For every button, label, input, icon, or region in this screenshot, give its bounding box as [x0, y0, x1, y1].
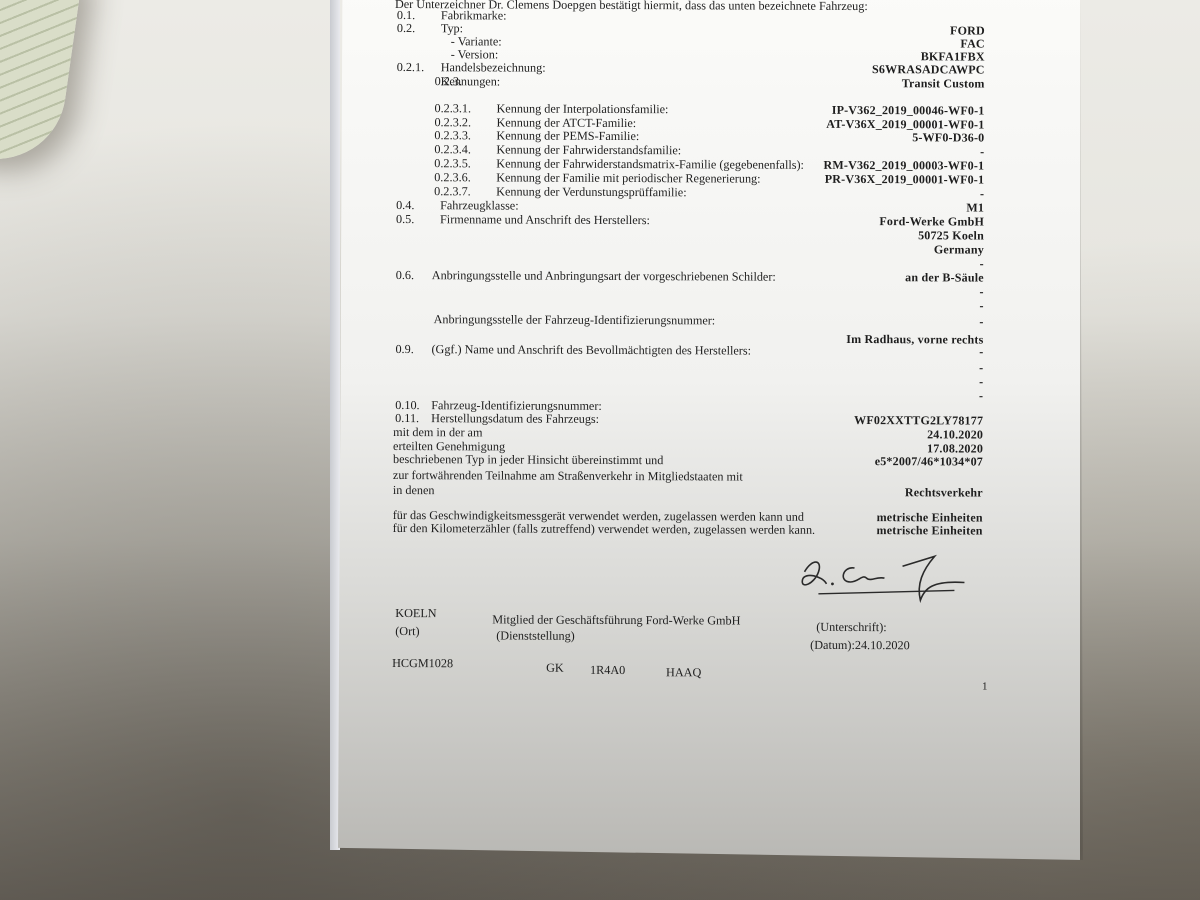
code-2: GK — [546, 661, 564, 676]
row-label: Anbringungsstelle und Anbringungsart der… — [432, 268, 776, 284]
row-number: 0.2.3.7. — [434, 184, 471, 198]
row-number: 0.2.3.5. — [434, 156, 471, 170]
row-value: an der B-Säule — [905, 270, 984, 284]
row-label: Kennung der Verdunstungsprüffamilie: — [496, 184, 687, 199]
place: KOELN — [395, 606, 436, 621]
document-row: - Variante:FAC — [395, 34, 985, 37]
row-value: - — [979, 345, 983, 359]
row-label: in denen — [393, 483, 435, 497]
document-row: für das Geschwindigkeitsmessgerät verwen… — [393, 508, 983, 511]
document-row: - — [394, 296, 984, 299]
document-row: 0.2.3.4.Kennung der Fahrwiderstandsfamil… — [394, 142, 984, 145]
row-number: 0.4. — [396, 198, 414, 212]
document-row: - — [394, 254, 984, 257]
row-value: - — [979, 375, 983, 389]
row-value: Ford-Werke GmbH — [879, 214, 984, 228]
code-1: HCGM1028 — [392, 656, 453, 671]
row-label: Handelsbezeichnung: — [441, 60, 546, 74]
signature-caption: (Unterschrift): — [816, 620, 886, 635]
document-row: in denenRechtsverkehr — [393, 483, 983, 486]
row-value: Germany — [934, 242, 984, 256]
row-value: AT-V36X_2019_00001-WF0-1 — [826, 117, 984, 132]
row-label: für den Kilometerzähler (falls zutreffen… — [393, 521, 815, 537]
document-row: erteilten Genehmigung17.08.2020 — [393, 439, 983, 442]
code-4: HAAQ — [666, 665, 701, 680]
document-row: 0.6.Anbringungsstelle und Anbringungsart… — [394, 268, 984, 271]
row-number: 0.2.3.4. — [434, 142, 471, 156]
document-row: zur fortwährenden Teilnahme am Straßenve… — [393, 468, 983, 471]
row-value: 24.10.2020 — [927, 427, 983, 441]
row-value: - — [979, 299, 983, 313]
row-number: 0.10. — [395, 398, 419, 412]
row-value: Rechtsverkehr — [905, 485, 983, 499]
document-row: - — [393, 358, 983, 361]
document-row: - — [393, 386, 983, 389]
row-value: - — [979, 361, 983, 375]
document-row: 0.2.1.Handelsbezeichnung:S6WRASADCAWPC — [395, 60, 985, 63]
row-label: mit dem in der am — [393, 425, 482, 439]
document-row: Germany — [394, 240, 984, 243]
row-value: metrische Einheiten — [877, 523, 983, 537]
row-label: Anbringungsstelle der Fahrzeug-Identifiz… — [434, 312, 716, 327]
page-stack-edge — [330, 0, 340, 850]
row-value: - — [980, 187, 984, 201]
row-number: 0.11. — [395, 411, 419, 425]
row-value: WF02XXTTG2LY78177 — [854, 413, 983, 428]
row-label: Herstellungsdatum des Fahrzeugs: — [431, 411, 599, 426]
row-number: 0.5. — [396, 212, 414, 226]
date-line: (Datum):24.10.2020 — [810, 638, 910, 653]
row-value: - — [979, 315, 983, 329]
row-value: IP-V362_2019_00046-WF0-1 — [832, 103, 985, 118]
row-value: - — [980, 145, 984, 159]
row-label: Fahrzeugklasse: — [440, 198, 519, 212]
page-number: 1 — [982, 681, 988, 693]
code-3: 1R4A0 — [590, 663, 625, 678]
row-label: Kennungen: — [441, 74, 501, 88]
row-number: 0.2.3.1. — [434, 101, 471, 115]
row-value: Transit Custom — [902, 76, 985, 90]
row-value: - — [979, 285, 983, 299]
row-number: 0.9. — [395, 342, 413, 356]
row-value: S6WRASADCAWPC — [872, 62, 985, 76]
document-row: 0.4.Fahrzeugklasse:M1 — [394, 198, 984, 201]
row-number: 0.2.3.6. — [434, 170, 471, 184]
row-number: 0.1. — [397, 8, 415, 22]
row-value: 5-WF0-D36-0 — [912, 130, 984, 144]
row-label: Typ: — [441, 21, 463, 35]
row-value: FAC — [960, 36, 984, 50]
row-label: (Ggf.) Name und Anschrift des Bevollmäch… — [431, 342, 751, 357]
document-row: Anbringungsstelle der Fahrzeug-Identifiz… — [394, 312, 984, 315]
row-label: Kennung der PEMS-Familie: — [496, 128, 639, 143]
row-label: Kennung der Fahrwiderstandsmatrix-Famili… — [496, 156, 804, 171]
document-row: 0.10.Fahrzeug-Identifizierungsnummer: — [393, 398, 983, 401]
row-value: - — [980, 257, 984, 271]
document-row: - — [393, 372, 983, 375]
document-row: - Version:BKFA1FBX — [395, 47, 985, 50]
row-value: 50725 Koeln — [918, 228, 984, 242]
signature-icon — [792, 550, 982, 611]
position: Mitglied der Geschäftsführung Ford-Werke… — [492, 612, 740, 628]
document-row: 0.2.3.5.Kennung der Fahrwiderstandsmatri… — [394, 156, 984, 159]
row-number: 0.2. — [397, 21, 415, 35]
row-label: Firmenname und Anschrift des Herstellers… — [440, 212, 650, 227]
row-value: M1 — [966, 200, 984, 214]
row-value: Im Radhaus, vorne rechts — [846, 332, 983, 347]
document-row: 0.2.3.1.Kennung der Interpolationsfamili… — [395, 101, 985, 104]
position-caption: (Dienststellung) — [496, 628, 575, 643]
coc-document: Der Unterzeichner Dr. Clemens Doepgen be… — [392, 0, 985, 703]
row-value: FORD — [950, 23, 985, 37]
row-label: Kennung der Familie mit periodischer Reg… — [496, 170, 760, 185]
document-row: Im Radhaus, vorne rechts — [394, 330, 984, 333]
row-number: 0.6. — [396, 268, 414, 282]
document-row: 0.11.Herstellungsdatum des Fahrzeugs:WF0… — [393, 411, 983, 414]
row-number: 0.2.1. — [397, 60, 424, 74]
row-number: 0.2.3.3. — [434, 128, 471, 142]
row-label: zur fortwährenden Teilnahme am Straßenve… — [393, 468, 743, 484]
row-label: Kennung der Interpolationsfamilie: — [496, 101, 668, 116]
place-caption: (Ort) — [395, 624, 419, 639]
row-value: RM-V362_2019_00003-WF0-1 — [823, 158, 984, 173]
row-value: PR-V36X_2019_00001-WF0-1 — [825, 172, 985, 187]
row-label: Kennung der Fahrwiderstandsfamilie: — [496, 142, 681, 157]
row-label: beschriebenen Typ in jeder Hinsicht über… — [393, 452, 663, 467]
row-value: - — [979, 389, 983, 403]
row-value: e5*2007/46*1034*07 — [875, 454, 983, 468]
document-row: beschriebenen Typ in jeder Hinsicht über… — [393, 452, 983, 455]
document-row: 0.5.Firmenname und Anschrift des Herstel… — [394, 212, 984, 215]
